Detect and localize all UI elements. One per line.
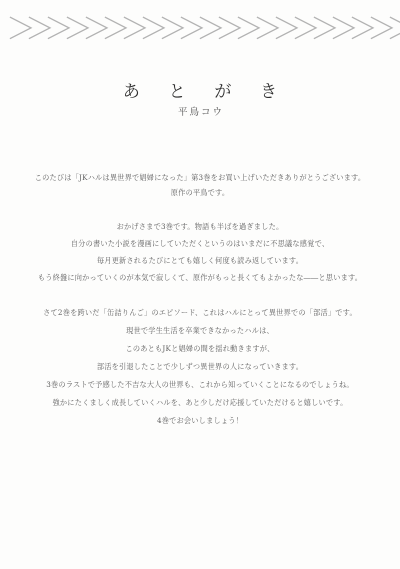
afterword-line: 部活を引退したことで少しずつ異世界の人になっていきます。 [0, 358, 400, 376]
paragraph-story-comments: さて2巻を跨いだ「缶詰りんご」のエピソード、これはハルにとって異世界での「部活」… [0, 304, 400, 430]
afterword-line: 強かにたくましく成長していくハルを、あと少しだけ応援していただけると嬉しいです。 [0, 394, 400, 412]
afterword-line: このたびは「JKハルは異世界で娼婦になった」第3巻をお買い上げいただきありがとう… [0, 170, 400, 185]
afterword-line: 4巻でお会いしましょう！ [0, 412, 400, 430]
afterword-line: 現世で学生生活を卒業できなかったハルは、 [0, 322, 400, 340]
afterword-line: 毎月更新されるたびにとても嬉しく何度も読み返しています。 [0, 252, 400, 269]
afterword-line: さて2巻を跨いだ「缶詰りんご」のエピソード、これはハルにとって異世界での「部活」… [0, 304, 400, 322]
page-title: あ と が き [0, 80, 400, 104]
author-name: 平鳥コウ [0, 106, 400, 120]
afterword-body: このたびは「JKハルは異世界で娼婦になった」第3巻をお買い上げいただきありがとう… [0, 170, 400, 430]
afterword-line: 自分の書いた小説を漫画にしていただくというのはいまだに不思議な感覚で、 [0, 235, 400, 252]
paragraph-volume3-thoughts: おかげさまで3巻です。物語も半ばを過ぎました。 自分の書いた小説を漫画にしていた… [0, 218, 400, 286]
afterword-page: ＞＞＞＞＞＞＞＞＞＞＞＞＞＞＞＞＞＞＞＞＞ あ と が き 平鳥コウ このたびは… [0, 0, 400, 569]
paragraph-greeting: このたびは「JKハルは異世界で娼婦になった」第3巻をお買い上げいただきありがとう… [0, 170, 400, 200]
afterword-line: もう終盤に向かっていくのが本気で寂しくて、原作がもっと長くてもよかったな――と思… [0, 269, 400, 286]
afterword-line: 原作の平鳥です。 [0, 185, 400, 200]
afterword-line: このあともJKと娼婦の間を揺れ動きますが、 [0, 340, 400, 358]
chevron-decoration-row: ＞＞＞＞＞＞＞＞＞＞＞＞＞＞＞＞＞＞＞＞＞ [0, 12, 400, 50]
afterword-line: 3巻のラストで予感した不吉な大人の世界も、これから知っていくことになるのでしょう… [0, 376, 400, 394]
afterword-line: おかげさまで3巻です。物語も半ばを過ぎました。 [0, 218, 400, 235]
